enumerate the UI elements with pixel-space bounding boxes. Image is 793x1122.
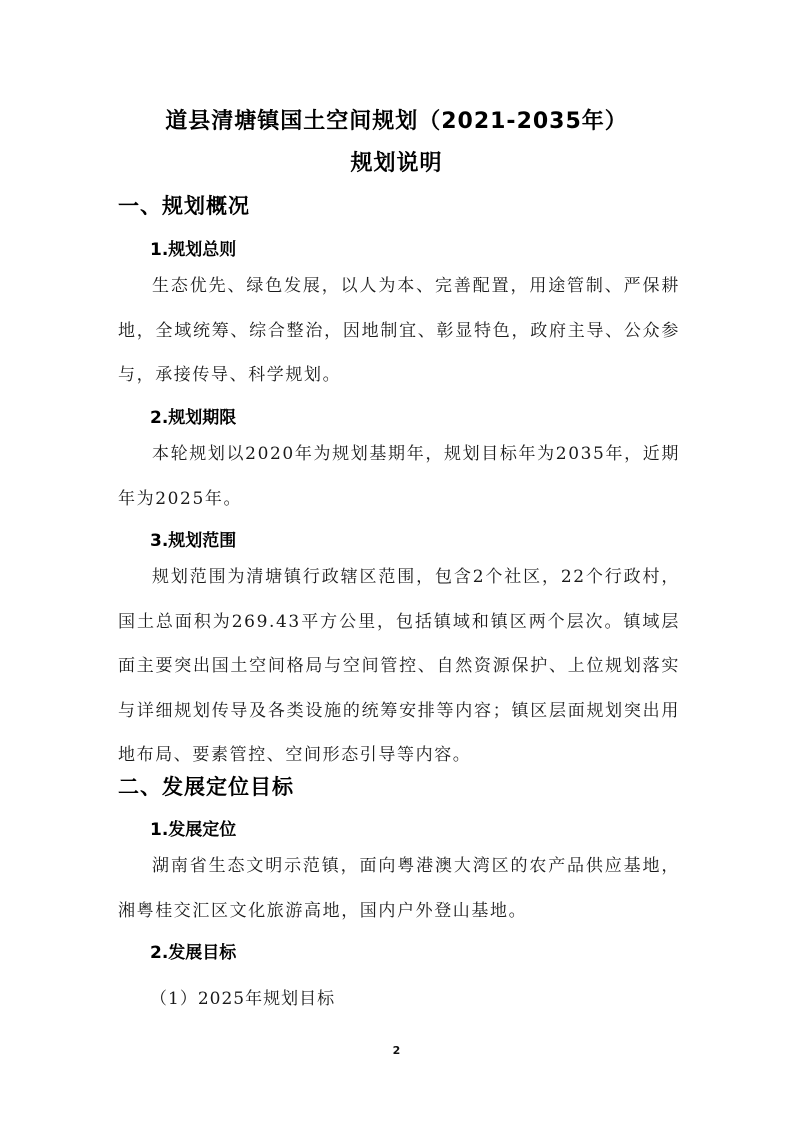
paragraph-positioning: 湖南省生态文明示范镇，面向粤港澳大湾区的农产品供应基地，湘粤桂交汇区文化旅游高地…: [118, 844, 680, 933]
page-number: 2: [0, 1044, 793, 1057]
document-subtitle: 规划说明: [0, 146, 793, 177]
paragraph-period: 本轮规划以2020年为规划基期年，规划目标年为2035年，近期年为2025年。: [118, 432, 680, 521]
section-heading-positioning: 二、发展定位目标: [118, 771, 294, 801]
document-page: 道县清塘镇国土空间规划（2021-2035年） 规划说明 一、规划概况 1.规划…: [0, 0, 793, 1122]
subsection-heading-goals: 2.发展目标: [150, 938, 236, 963]
subsection-heading-positioning: 1.发展定位: [150, 815, 236, 840]
document-title: 道县清塘镇国土空间规划（2021-2035年）: [0, 104, 793, 135]
subsection-heading-period: 2.规划期限: [150, 403, 236, 428]
subsection-heading-scope: 3.规划范围: [150, 526, 236, 551]
paragraph-principles: 生态优先、绿色发展，以人为本、完善配置，用途管制、严保耕地，全域统筹、综合整治，…: [118, 264, 680, 398]
subsection-heading-principles: 1.规划总则: [150, 235, 236, 260]
list-item-2025-goal: （1）2025年规划目标: [150, 984, 335, 1009]
paragraph-scope: 规划范围为清塘镇行政辖区范围，包含2个社区，22个行政村，国土总面积为269.4…: [118, 555, 680, 778]
section-heading-overview: 一、规划概况: [118, 190, 250, 220]
